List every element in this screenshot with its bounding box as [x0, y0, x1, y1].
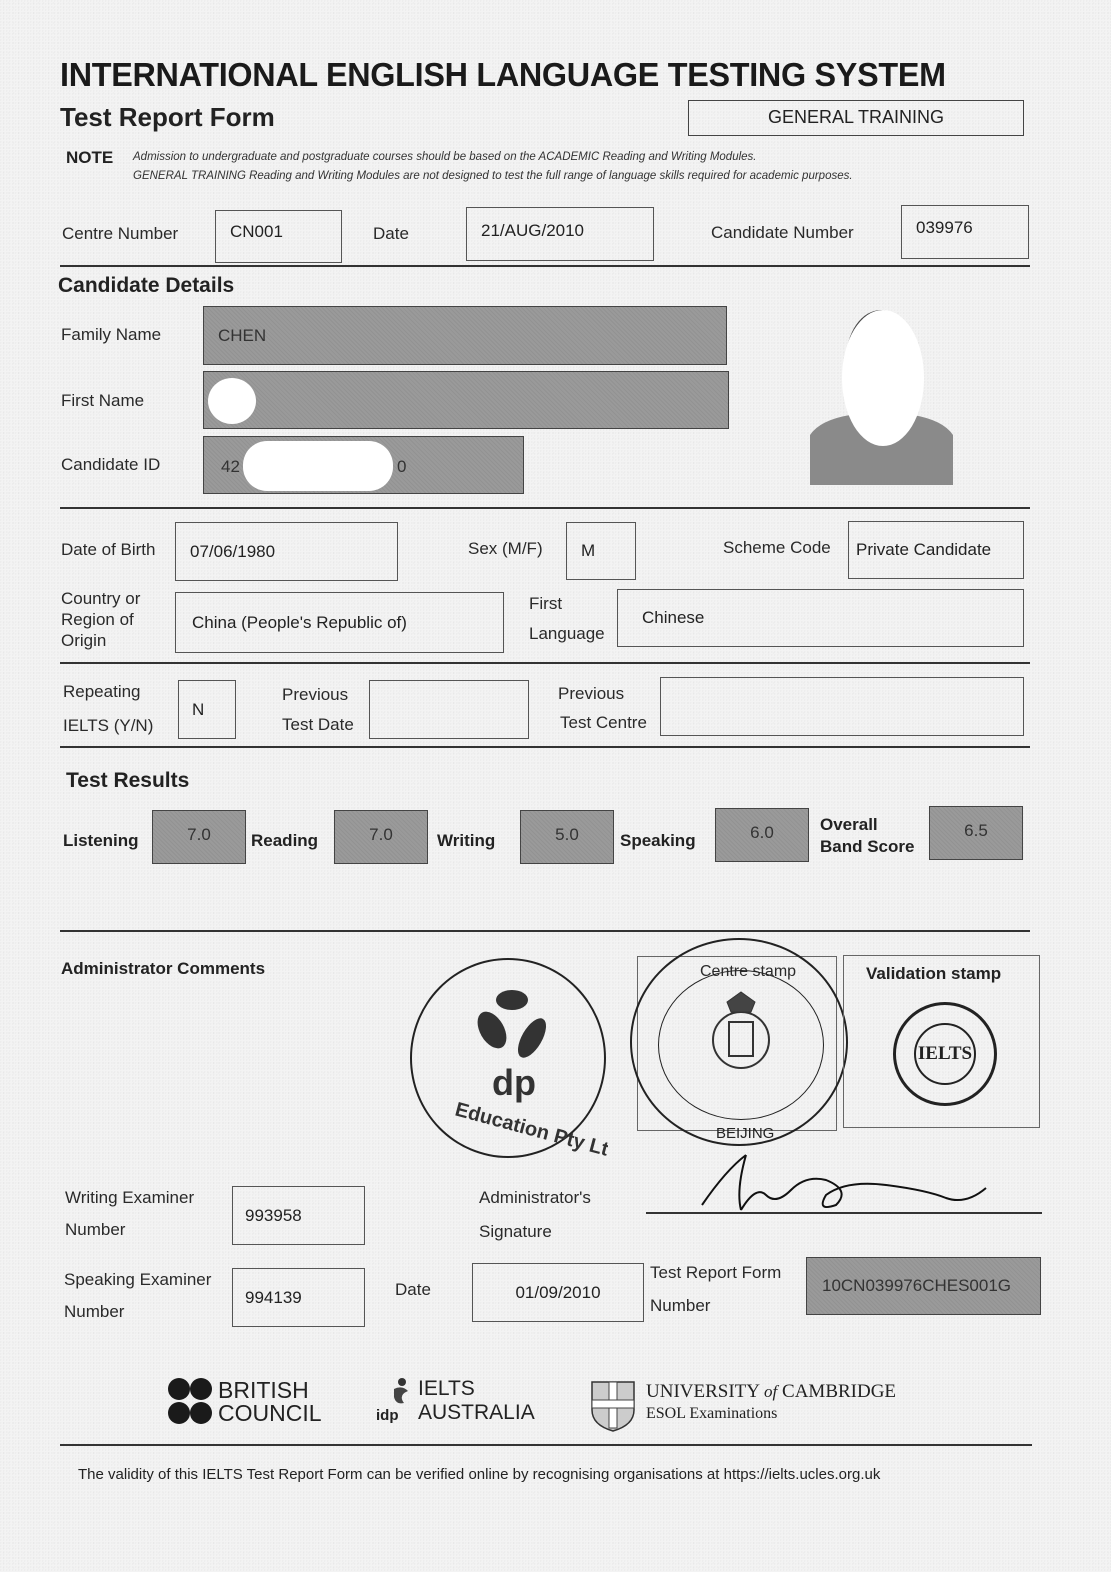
listening-score: 7.0 — [152, 810, 246, 864]
cambridge-line-1: UNIVERSITY of CAMBRIDGE — [646, 1381, 896, 1403]
writing-examiner-field: 993958 — [232, 1186, 365, 1245]
candidate-id-redaction — [243, 441, 393, 491]
divider — [60, 265, 1030, 267]
country-label-3: Origin — [61, 631, 106, 651]
speaking-examiner-label-1: Speaking Examiner — [64, 1270, 211, 1290]
candidate-photo — [810, 300, 953, 485]
idp-mark: idp — [376, 1407, 399, 1424]
cambridge-esol-logo: UNIVERSITY of CAMBRIDGE ESOL Examination… — [590, 1380, 920, 1432]
sex-label: Sex (M/F) — [468, 539, 543, 559]
sex-field: M — [566, 522, 636, 580]
module-type-box: GENERAL TRAINING — [688, 100, 1024, 136]
divider — [60, 1444, 1032, 1446]
validation-stamp: IELTS — [893, 1002, 997, 1106]
idp-stamp: dp Education Pty Ltd — [410, 958, 606, 1158]
signature-label-1: Administrator's — [479, 1188, 591, 1208]
country-label-2: Region of — [61, 610, 134, 630]
candidate-id-suffix: 0 — [397, 457, 406, 477]
speaking-score: 6.0 — [715, 808, 809, 862]
admin-date-label: Date — [395, 1280, 431, 1300]
idp-ielts-australia-logo: idp IELTS AUSTRALIA — [376, 1377, 536, 1427]
candidate-number-label: Candidate Number — [711, 223, 854, 243]
validation-stamp-center: IELTS — [914, 1023, 976, 1085]
candidate-number-field: 039976 — [901, 205, 1029, 259]
embassy-stamp: BEIJING — [630, 938, 848, 1146]
admin-date-field: 01/09/2010 — [472, 1263, 644, 1322]
writing-score: 5.0 — [520, 810, 614, 864]
scheme-code-field: Private Candidate — [848, 521, 1024, 579]
trf-label-2: Number — [650, 1296, 710, 1316]
prev-date-label-2: Test Date — [282, 715, 354, 735]
trf-label-1: Test Report Form — [650, 1263, 781, 1283]
first-language-label-2: Language — [529, 624, 605, 644]
writing-examiner-label-2: Number — [65, 1220, 125, 1240]
first-language-label-1: First — [529, 594, 562, 614]
validation-stamp-text: IELTS — [918, 1043, 972, 1065]
reading-score: 7.0 — [334, 810, 428, 864]
repeating-label-2: IELTS (Y/N) — [63, 716, 153, 736]
test-results-heading: Test Results — [66, 769, 189, 793]
cambridge-line-2: ESOL Examinations — [646, 1405, 777, 1423]
divider — [60, 507, 1030, 509]
speaking-label: Speaking — [620, 831, 696, 851]
document-title: INTERNATIONAL ENGLISH LANGUAGE TESTING S… — [60, 56, 946, 94]
administrator-signature — [646, 1150, 1042, 1216]
note-line-1: Admission to undergraduate and postgradu… — [133, 151, 757, 163]
writing-label: Writing — [437, 831, 495, 851]
overall-label-1: Overall — [820, 815, 878, 835]
prev-centre-label-1: Previous — [558, 684, 624, 704]
signature-line — [646, 1212, 1042, 1214]
bc-dot-icon — [168, 1378, 190, 1400]
repeating-label-1: Repeating — [63, 682, 141, 702]
family-name-label: Family Name — [61, 325, 161, 345]
prev-centre-label-2: Test Centre — [560, 713, 647, 733]
prev-centre-field — [660, 677, 1024, 736]
divider — [60, 662, 1030, 664]
speaking-examiner-field: 994139 — [232, 1268, 365, 1327]
test-date-field: 21/AUG/2010 — [466, 207, 654, 261]
scheme-code-label: Scheme Code — [723, 538, 831, 558]
validity-notice: The validity of this IELTS Test Report F… — [78, 1466, 880, 1483]
family-name-field: CHEN — [203, 306, 727, 365]
dob-field: 07/06/1980 — [175, 522, 398, 581]
bc-dot-icon — [190, 1378, 212, 1400]
first-name-redaction — [208, 378, 256, 424]
divider — [60, 746, 1030, 748]
form-subtitle: Test Report Form — [60, 102, 275, 133]
country-label-1: Country or — [61, 589, 140, 609]
first-name-field — [203, 371, 729, 429]
prev-date-label-1: Previous — [282, 685, 348, 705]
overall-label-2: Band Score — [820, 837, 914, 857]
first-language-field: Chinese — [617, 589, 1024, 647]
test-date-label: Date — [373, 224, 409, 244]
centre-number-label: Centre Number — [62, 224, 178, 244]
listening-label: Listening — [63, 831, 139, 851]
speaking-examiner-label-2: Number — [64, 1302, 124, 1322]
note-line-2: GENERAL TRAINING Reading and Writing Mod… — [133, 170, 853, 182]
idp-line-1: IELTS — [418, 1377, 475, 1401]
idp-line-2: AUSTRALIA — [418, 1401, 535, 1425]
admin-comments-label: Administrator Comments — [61, 959, 265, 979]
candidate-id-prefix: 42 — [221, 457, 240, 477]
divider — [60, 930, 1030, 932]
candidate-id-label: Candidate ID — [61, 455, 160, 475]
idp-figure-icon — [386, 1377, 416, 1409]
writing-examiner-label-1: Writing Examiner — [65, 1188, 194, 1208]
candidate-details-heading: Candidate Details — [58, 274, 234, 298]
centre-number-field: CN001 — [215, 210, 342, 263]
overall-band-score: 6.5 — [929, 806, 1023, 860]
bc-dot-icon — [190, 1402, 212, 1424]
cambridge-shield-icon — [590, 1380, 636, 1432]
bc-line-1: BRITISH — [218, 1378, 309, 1402]
first-name-label: First Name — [61, 391, 144, 411]
bc-line-2: COUNCIL — [218, 1401, 322, 1425]
british-council-logo: BRITISH COUNCIL — [168, 1378, 318, 1426]
svg-text:Education Pty Ltd: Education Pty Ltd — [453, 1099, 608, 1160]
trf-number-field: 10CN039976CHES001G — [806, 1257, 1041, 1315]
repeating-field: N — [178, 680, 236, 739]
svg-text:dp: dp — [492, 1062, 536, 1103]
country-field: China (People's Republic of) — [175, 592, 504, 653]
reading-label: Reading — [251, 831, 318, 851]
bc-dot-icon — [168, 1402, 190, 1424]
prev-date-field — [369, 680, 529, 739]
svg-text:BEIJING: BEIJING — [716, 1125, 774, 1142]
signature-label-2: Signature — [479, 1222, 552, 1242]
note-label: NOTE — [66, 148, 113, 168]
dob-label: Date of Birth — [61, 540, 156, 560]
validation-stamp-label: Validation stamp — [866, 964, 1001, 984]
validation-stamp-box: Validation stamp IELTS — [843, 955, 1040, 1128]
